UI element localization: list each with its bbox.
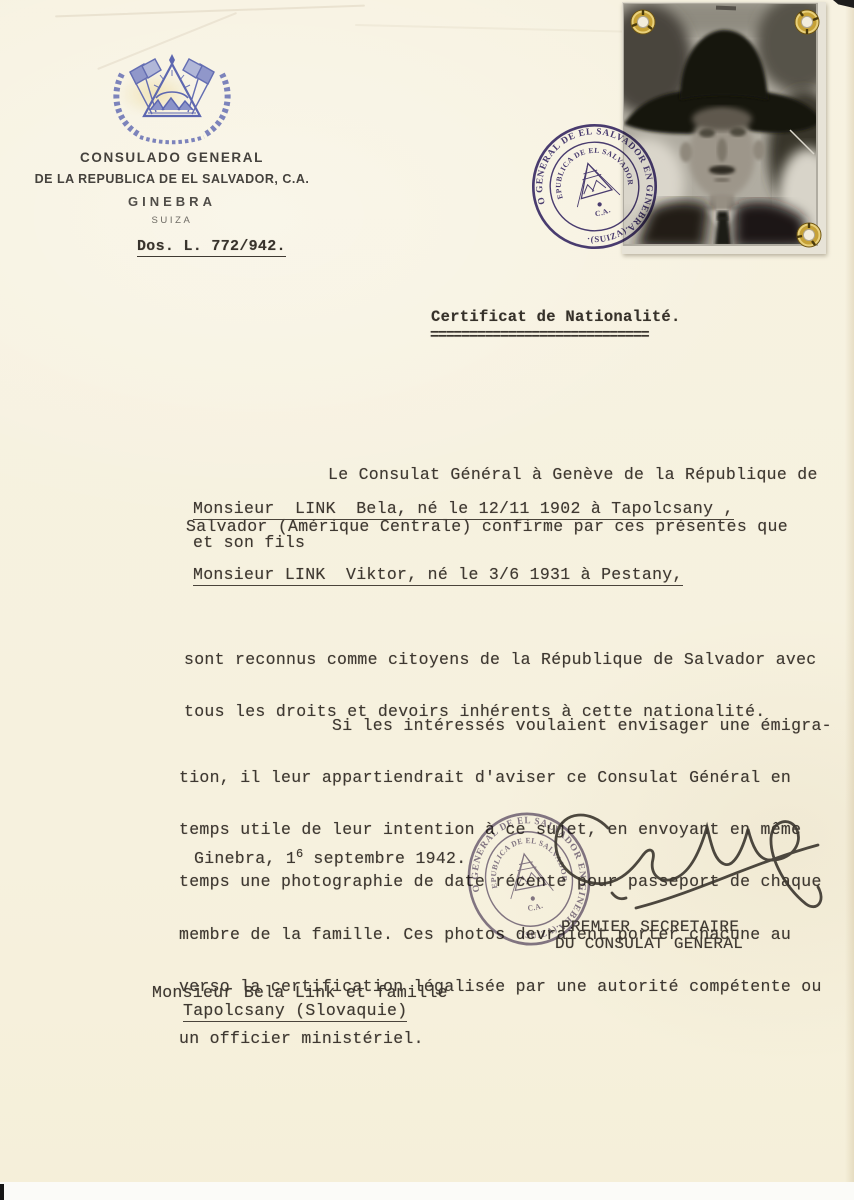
person2-line: Monsieur LINK Viktor, né le 3/6 1931 à P… (193, 566, 683, 583)
brass-fastener-icon (629, 8, 657, 36)
recognition-line1: sont reconnus comme citoyens de la Répub… (184, 651, 817, 668)
stamp-outer-bottom-text: ·(SUIZA)· (584, 222, 633, 249)
scan-corner-mark (0, 1184, 4, 1200)
svg-text:C.A.: C.A. (593, 205, 612, 219)
svg-text:REPUBLICA DE EL SALVADOR: REPUBLICA DE EL SALVADOR (512, 105, 636, 215)
signer-title-line2: DU CONSULAT GENERAL (555, 936, 743, 953)
title-underline: ============================ (430, 327, 648, 344)
paper-crease (55, 5, 365, 17)
stamp-inner-text: REPUBLICA DE EL SALVADOR (512, 105, 636, 215)
brass-fastener-icon (793, 8, 821, 36)
document-title: Certificat de Nationalité. (431, 309, 681, 326)
scanned-certificate-page: CONSULADO GENERAL DE LA REPUBLICA DE EL … (0, 0, 854, 1200)
brass-fastener-icon (795, 221, 823, 249)
svg-text:·(SUIZA)·: ·(SUIZA)· (584, 222, 633, 249)
emigration-line: un officier ministériel. (179, 1030, 832, 1047)
person1-line: Monsieur LINK Bela, né le 12/11 1902 à T… (193, 500, 734, 517)
letterhead-country: SUIZA (27, 215, 317, 226)
signer-title-line1: PREMIER SECRETAIRE (561, 919, 739, 936)
el-salvador-coat-of-arms (100, 42, 244, 146)
recipient-name: Monsieur Bela Link et famille (152, 984, 448, 1001)
letterhead-org-line2: DE LA REPUBLICA DE EL SALVADOR, C.A. (27, 172, 317, 186)
stamp-inner-bottom-text: C.A. (593, 205, 612, 219)
emigration-line: Si les intéressés voulaient envisager un… (179, 717, 832, 734)
scan-corner-mark (833, 0, 854, 8)
letterhead-org-line1: CONSULADO GENERAL (27, 150, 317, 165)
emigration-line: tion, il leur appartiendrait d'aviser ce… (179, 769, 832, 786)
filiation-line: et son fils (193, 534, 305, 551)
dossier-number: Dos. L. 772/942. (137, 238, 286, 255)
recipient-address: Tapolcsany (Slovaquie) (183, 1002, 407, 1019)
intro-line1: Le Consulat Général à Genève de la Répub… (186, 466, 818, 483)
dateline: Ginebra, 16 septembre 1942. (194, 846, 466, 867)
paper-edge-shadow (845, 0, 854, 1183)
letterhead-city: GINEBRA (27, 194, 317, 209)
scan-background-strip (0, 1182, 854, 1200)
